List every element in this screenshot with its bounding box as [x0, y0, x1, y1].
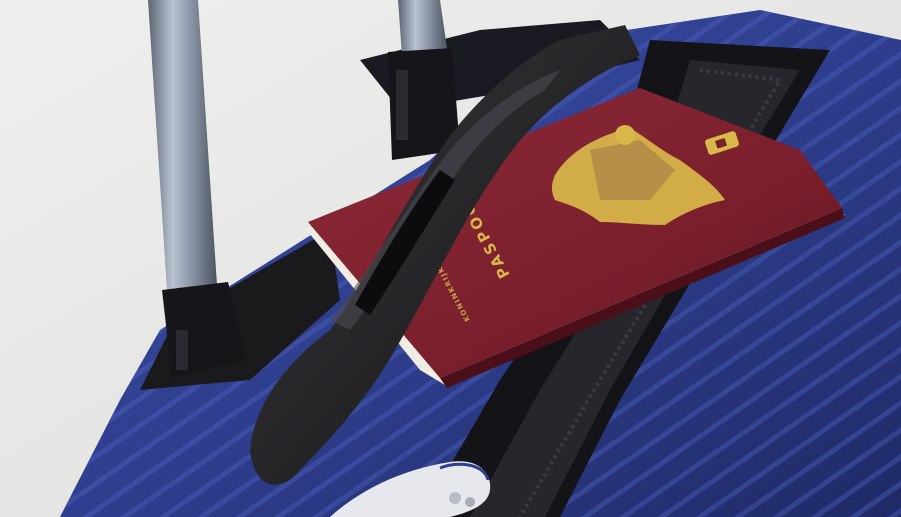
photo-illustration: PASPOO KONINKRIJK	[0, 0, 901, 517]
photo-scene: PASPOO KONINKRIJK	[0, 0, 901, 517]
